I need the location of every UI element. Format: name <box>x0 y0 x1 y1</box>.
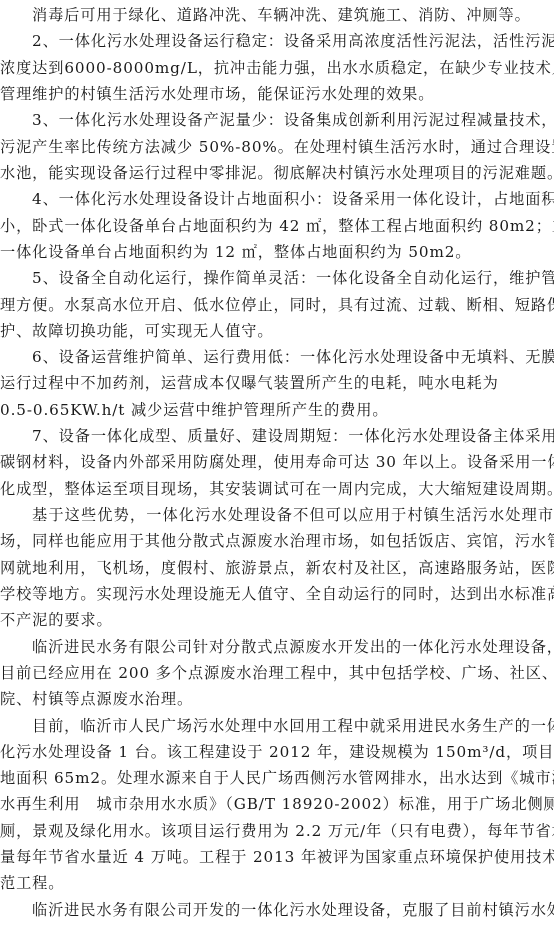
paragraph-line: 地面积 65m2。处理水源来自于人民广场西侧污水管网排水，出水达到《城市污 <box>0 767 554 789</box>
paragraph-first-line: 基于这些优势，一体化污水处理设备不但可以应用于村镇生活污水处理市 <box>0 504 554 526</box>
paragraph-line: 化成型，整体运至项目现场，其安装调试可在一周内完成，大大缩短建设周期。 <box>0 478 554 500</box>
paragraph-first-line: 临沂进民水务有限公司针对分散式点源废水开发出的一体化污水处理设备， <box>0 636 554 658</box>
paragraph-first-line: 5、设备全自动化运行，操作简单灵活：一体化设备全自动化运行，维护管 <box>0 267 554 289</box>
paragraph-first-line: 消毒后可用于绿化、道路冲洗、车辆冲洗、建筑施工、消防、冲厕等。 <box>0 4 554 26</box>
paragraph-line: 水池，能实现设备运行过程中零排泥。彻底解决村镇污水处理项目的污泥难题。 <box>0 162 554 184</box>
paragraph-line: 场，同样也能应用于其他分散式点源废水治理市场，如包括饭店、宾馆，污水管 <box>0 530 554 552</box>
paragraph-line: 管理维护的村镇生活污水处理市场，能保证污水处理的效果。 <box>0 83 554 105</box>
paragraph-first-line: 3、一体化污水处理设备产泥量少：设备集成创新利用污泥过程减量技术， <box>0 109 554 131</box>
paragraph-line: 水再生利用 城市杂用水水质》（GB/T 18920-2002）标准，用于广场北侧… <box>0 793 554 815</box>
paragraph-line: 化污水处理设备 1 台。该工程建设于 2012 年，建设规模为 150m³/d，… <box>0 741 554 763</box>
paragraph-line: 网就地利用，飞机场，度假村、旅游景点，新农村及社区，高速路服务站，医院， <box>0 557 554 579</box>
paragraph-line: 一体化设备单台占地面积约为 12 ㎡，整体占地面积约为 50m2。 <box>0 241 554 263</box>
paragraph-first-line: 6、设备运营维护简单、运行费用低：一体化污水处理设备中无填料、无膜， <box>0 346 554 368</box>
paragraph-line: 院、村镇等点源废水治理。 <box>0 688 554 710</box>
paragraph-line: 目前已经应用在 200 多个点源废水治理工程中，其中包括学校、广场、社区、医 <box>0 662 554 684</box>
paragraph-line: 理方便。水泵高水位开启、低水位停止，同时，具有过流、过载、断相、短路保 <box>0 294 554 316</box>
paragraph-line: 碳钢材料，设备内外部采用防腐处理，使用寿命可达 30 年以上。设备采用一体 <box>0 451 554 473</box>
paragraph-first-line: 4、一体化污水处理设备设计占地面积小：设备采用一体化设计，占地面积 <box>0 188 554 210</box>
paragraph-first-line: 7、设备一体化成型、质量好、建设周期短：一体化污水处理设备主体采用 <box>0 425 554 447</box>
paragraph-line: 污泥产生率比传统方法减少 50%-80%。在处理村镇生活污水时，通过合理设置集 <box>0 136 554 158</box>
paragraph-line: 厕，景观及绿化用水。该项目运行费用为 2.2 万元/年（只有电费），每年节省水 <box>0 820 554 842</box>
paragraph-line: 浓度达到6000-8000mg/L，抗冲击能力强，出水水质稳定，在缺少专业技术人… <box>0 57 554 79</box>
paragraph-line: 学校等地方。实现污水处理设施无人值守、全自动运行的同时，达到出水标准高、 <box>0 583 554 605</box>
paragraph-first-line: 2、一体化污水处理设备运行稳定：设备采用高浓度活性污泥法，活性污泥 <box>0 30 554 52</box>
paragraph-first-line: 目前，临沂市人民广场污水处理中水回用工程中就采用进民水务生产的一体 <box>0 715 554 737</box>
document-page: 消毒后可用于绿化、道路冲洗、车辆冲洗、建筑施工、消防、冲厕等。2、一体化污水处理… <box>0 0 554 933</box>
paragraph-line: 量每年节省水量近 4 万吨。工程于 2013 年被评为国家重点环境保护使用技术示 <box>0 846 554 868</box>
paragraph-line: 0.5-0.65KW.h/t 减少运营中维护管理所产生的费用。 <box>0 399 554 421</box>
paragraph-line: 范工程。 <box>0 872 554 894</box>
paragraph-line: 不产泥的要求。 <box>0 609 554 631</box>
paragraph-line: 运行过程中不加药剂，运营成本仅曝气装置所产生的电耗，吨水电耗为 <box>0 372 554 394</box>
paragraph-line: 小，卧式一体化设备单台占地面积约为 42 ㎡，整体工程占地面积约 80m2；立式 <box>0 215 554 237</box>
paragraph-line: 护、故障切换功能，可实现无人值守。 <box>0 320 554 342</box>
paragraph-first-line: 临沂进民水务有限公司开发的一体化污水处理设备，克服了目前村镇污水处 <box>0 899 554 921</box>
